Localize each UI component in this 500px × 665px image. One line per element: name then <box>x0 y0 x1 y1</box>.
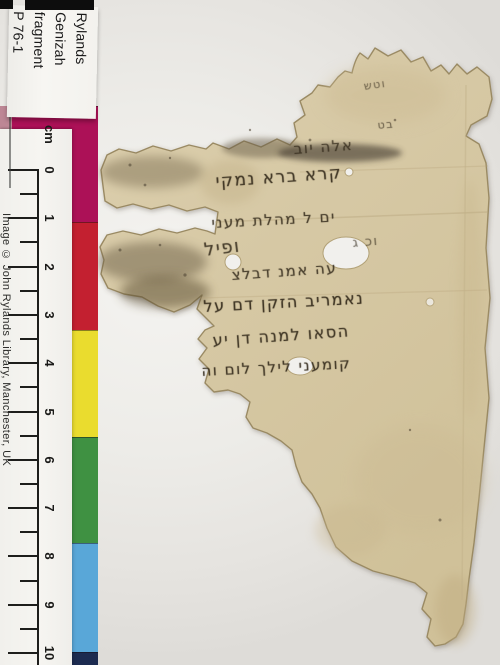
ruler-tick-half <box>20 435 38 437</box>
ruler-tick-cm-9 <box>8 604 38 606</box>
archival-photo-stage: וטשבטאלה יובקרא ברא נמקיים ל מהלת מעניופ… <box>0 0 500 665</box>
label-line-4: P 76-1 <box>6 11 29 111</box>
ruler-number-7: 7 <box>42 504 57 511</box>
ruler-number-4: 4 <box>42 360 57 367</box>
manuscript-line-7: וכ ג <box>352 234 379 251</box>
ruler-tick-half <box>20 483 38 485</box>
color-patch-navy <box>72 652 98 665</box>
ruler-tick-half <box>20 338 38 340</box>
ruler-unit-label: cm <box>42 125 57 144</box>
label-line-2: Genizah <box>48 12 71 112</box>
ruler-tick-cm-8 <box>8 555 38 557</box>
ruler-tick-cm-7 <box>8 507 38 509</box>
ruler-number-1: 1 <box>42 215 57 222</box>
ruler-tick-cm-3 <box>8 314 38 316</box>
ruler-tick-cm-5 <box>8 411 38 413</box>
ruler-tick-half <box>20 193 38 195</box>
manuscript-line-2: בט <box>377 118 395 132</box>
ruler-tick-cm-10 <box>8 652 38 654</box>
ruler-number-6: 6 <box>42 456 57 463</box>
shelfmark-label-card: Rylands Genizah fragment P 76-1 <box>7 5 98 119</box>
ruler-tick-cm-2 <box>8 266 38 268</box>
ruler-number-2: 2 <box>42 263 57 270</box>
ruler-number-5: 5 <box>42 408 57 415</box>
ruler-number-9: 9 <box>42 601 57 608</box>
ruler-tick-half <box>20 628 38 630</box>
ruler-tick-half <box>20 241 38 243</box>
color-patch-yellow <box>72 330 98 437</box>
ruler-number-3: 3 <box>42 311 57 318</box>
color-patch-red <box>72 222 98 330</box>
color-patch-blue <box>72 543 98 652</box>
ruler-tick-cm-1 <box>8 217 38 219</box>
ruler-tick-cm-4 <box>8 362 38 364</box>
label-line-1: Rylands <box>69 12 92 112</box>
color-patch-magenta <box>72 106 98 222</box>
manuscript-line-6: ופיל <box>203 236 242 261</box>
ruler-tick-half <box>20 580 38 582</box>
ruler-tick-cm-0 <box>8 169 38 171</box>
ruler-tick-half <box>20 386 38 388</box>
ruler-number-0: 0 <box>42 166 57 173</box>
color-patch-green <box>72 437 98 543</box>
ruler-tick-half <box>20 290 38 292</box>
copyright-text: Image © John Rylands Library, Manchester… <box>0 213 12 466</box>
ruler-number-10: 10 <box>42 646 57 660</box>
top-black-bar-right <box>25 0 94 10</box>
top-black-bar-left <box>0 0 13 9</box>
ruler-tick-half <box>20 531 38 533</box>
shelfmark-label-text: Rylands Genizah fragment P 76-1 <box>6 11 92 113</box>
label-line-3: fragment <box>27 11 50 111</box>
fragment-paper <box>100 48 492 646</box>
ruler-card: cm 012345678910 Image © John Rylands Lib… <box>0 129 72 665</box>
ruler-tick-cm-6 <box>8 459 38 461</box>
ruler-number-8: 8 <box>42 553 57 560</box>
